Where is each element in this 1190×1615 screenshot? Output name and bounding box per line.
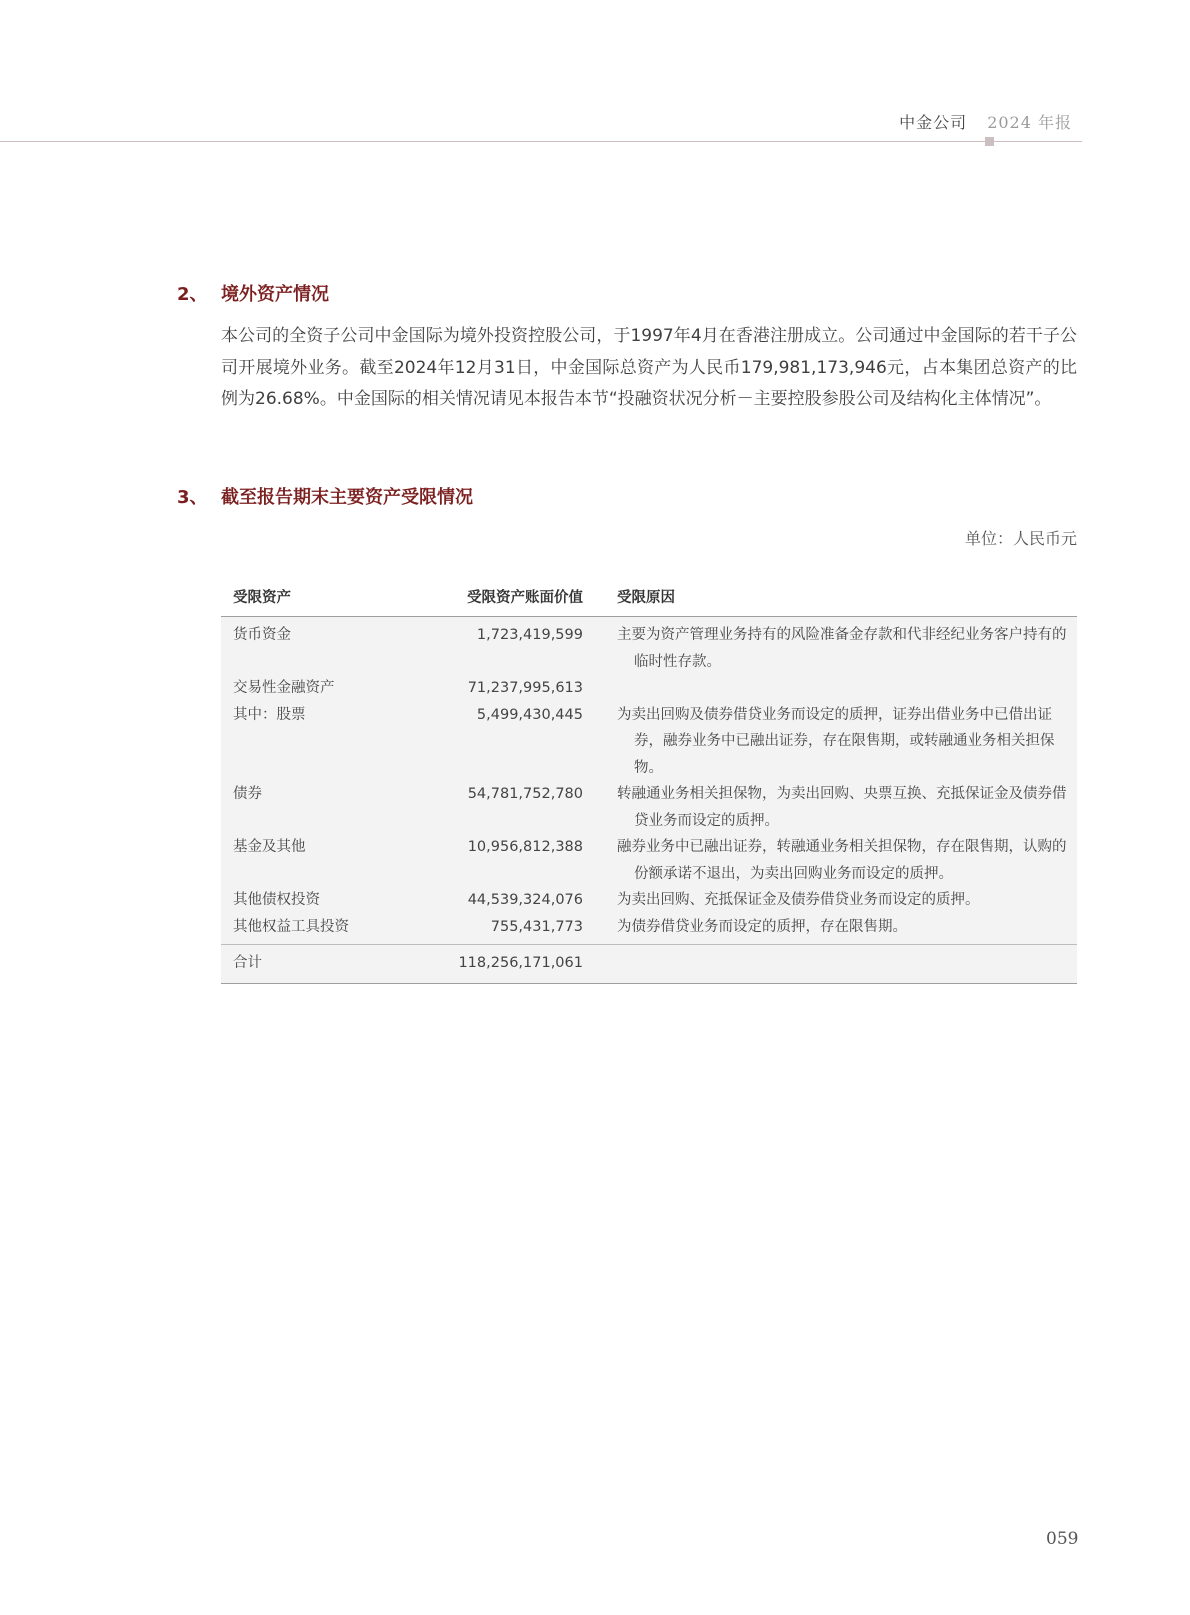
restriction-reason: 主要为资产管理业务持有的风险准备金存款和代非经纪业务客户持有的临时性存款。: [617, 622, 1069, 675]
table-total-row: 合计 118,256,171,061: [221, 945, 1077, 984]
asset-value: 755,431,773: [413, 914, 583, 945]
total-reason: [583, 945, 1077, 984]
total-label: 合计: [221, 945, 413, 984]
restriction-reason: 为卖出回购、充抵保证金及债券借贷业务而设定的质押。: [617, 887, 1069, 914]
asset-name: 基金及其他: [221, 834, 413, 887]
table-row: 基金及其他 10,956,812,388 融券业务中已融出证券，转融通业务相关担…: [221, 834, 1077, 887]
column-header-reason: 受限原因: [583, 580, 1077, 617]
restriction-reason: 为债券借贷业务而设定的质押，存在限售期。: [617, 914, 1069, 941]
asset-value: 71,237,995,613: [413, 675, 583, 702]
asset-name: 其他权益工具投资: [221, 914, 413, 945]
asset-value: 10,956,812,388: [413, 834, 583, 887]
asset-name: 货币资金: [221, 617, 413, 676]
asset-value: 1,723,419,599: [413, 617, 583, 676]
section-3-number: 3、: [177, 483, 221, 509]
unit-label: 单位：人民币元: [965, 526, 1077, 549]
header-square-marker: [985, 137, 994, 146]
asset-value: 5,499,430,445: [413, 702, 583, 782]
section-3-heading: 3、 截至报告期末主要资产受限情况: [177, 483, 473, 509]
asset-value: 54,781,752,780: [413, 781, 583, 834]
table-row: 货币资金 1,723,419,599 主要为资产管理业务持有的风险准备金存款和代…: [221, 617, 1077, 676]
restriction-reason: 转融通业务相关担保物，为卖出回购、央票互换、充抵保证金及债券借贷业务而设定的质押…: [617, 781, 1069, 834]
table-row: 债券 54,781,752,780 转融通业务相关担保物，为卖出回购、央票互换、…: [221, 781, 1077, 834]
total-value: 118,256,171,061: [413, 945, 583, 984]
header-report-title: 2024 年报: [987, 113, 1072, 132]
section-2-number: 2、: [177, 280, 221, 306]
restriction-reason: 融券业务中已融出证券，转融通业务相关担保物，存在限售期，认购的份额承诺不退出，为…: [617, 834, 1069, 887]
section-2-paragraph: 本公司的全资子公司中金国际为境外投资控股公司，于1997年4月在香港注册成立。公…: [221, 321, 1077, 416]
column-header-value: 受限资产账面价值: [413, 580, 583, 617]
asset-name: 其他债权投资: [221, 887, 413, 914]
table-row: 其他权益工具投资 755,431,773 为债券借贷业务而设定的质押，存在限售期…: [221, 914, 1077, 945]
section-3-title: 截至报告期末主要资产受限情况: [221, 483, 473, 509]
table-row: 交易性金融资产 71,237,995,613: [221, 675, 1077, 702]
restricted-assets-table: 受限资产 受限资产账面价值 受限原因 货币资金 1,723,419,599 主要…: [221, 580, 1077, 984]
section-2-heading: 2、 境外资产情况: [177, 280, 329, 306]
column-header-asset: 受限资产: [221, 580, 413, 617]
restriction-reason: 为卖出回购及债券借贷业务而设定的质押，证券出借业务中已借出证券，融券业务中已融出…: [617, 702, 1069, 782]
section-2-title: 境外资产情况: [221, 280, 329, 306]
asset-name: 交易性金融资产: [221, 675, 413, 702]
running-header: 中金公司 2024 年报: [899, 110, 1072, 133]
table-header-row: 受限资产 受限资产账面价值 受限原因: [221, 580, 1077, 617]
asset-name: 其中：股票: [221, 702, 413, 782]
table-row: 其他债权投资 44,539,324,076 为卖出回购、充抵保证金及债券借贷业务…: [221, 887, 1077, 914]
asset-value: 44,539,324,076: [413, 887, 583, 914]
table-row: 其中：股票 5,499,430,445 为卖出回购及债券借贷业务而设定的质押，证…: [221, 702, 1077, 782]
asset-name: 债券: [221, 781, 413, 834]
header-company: 中金公司: [899, 113, 967, 132]
page-number: 059: [1046, 1529, 1078, 1549]
header-divider: [0, 141, 1082, 142]
